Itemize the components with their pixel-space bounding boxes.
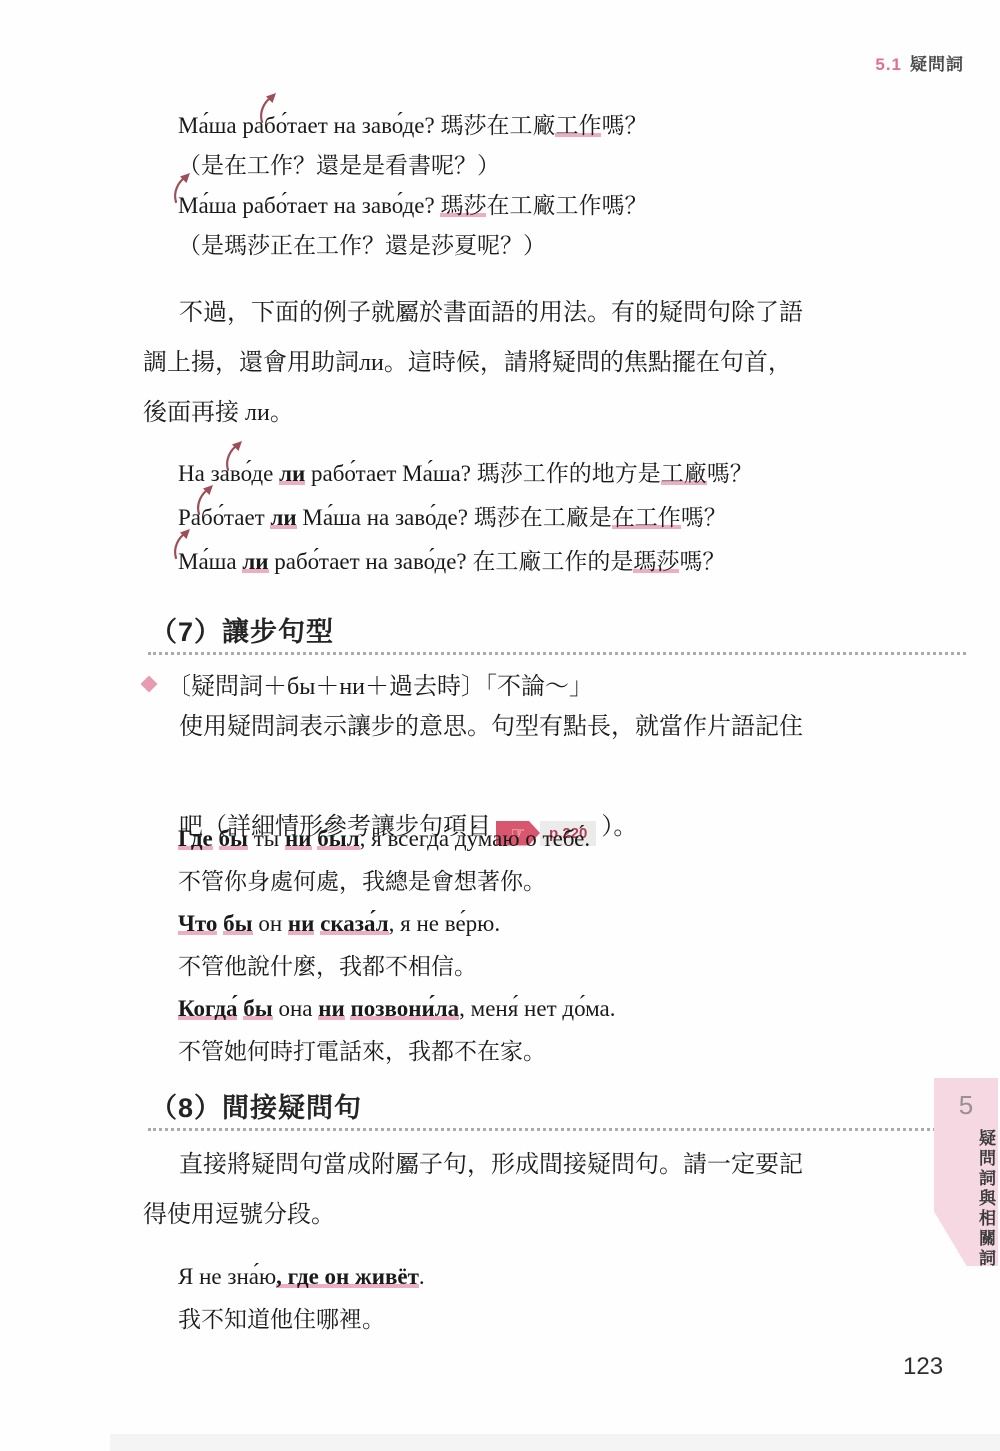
scan-edge-strip <box>110 1434 1000 1451</box>
body-paragraph-indirect: 直接將疑問句當成附屬子句，形成間接疑問句。請一定要記 得使用逗號分段。 <box>143 1140 923 1240</box>
example-line: Что бы он ни сказа́л, я не ве́рю. <box>178 903 616 946</box>
page-number: 123 <box>903 1353 943 1381</box>
text-segment: 瑪莎工作的地方是 <box>477 461 661 486</box>
text-segment: ли <box>279 461 305 486</box>
text-segment: ша рабо́тает на заво́де? <box>209 193 441 218</box>
chapter-section-number: 5.1 <box>875 55 902 74</box>
text-segment: 在工廠工作的是 <box>472 549 633 574</box>
example-line: （是在工作？還是是看書呢？） <box>178 146 647 186</box>
text-segment: 工廠 <box>661 461 707 486</box>
stressed-syllable: во́ <box>230 461 252 486</box>
body-paragraph-li: 不過，下面的例子就屬於書面語的用法。有的疑問句除了語 調上揚，還會用助詞ли。這… <box>143 288 903 438</box>
text-segment: 嗎？ <box>681 505 727 530</box>
text-segment: , я не ве́рю. <box>389 911 500 936</box>
text-segment: 不管他說什麼，我都不相信。 <box>178 954 477 979</box>
text-segment: 瑪莎在工廠是 <box>474 505 612 530</box>
chapter-number: 5 <box>934 1090 998 1121</box>
text-segment: Когда́ <box>178 996 237 1021</box>
li-example-block: На заво́де ли рабо́тает Ма́ша? 瑪莎工作的地方是工… <box>178 452 753 584</box>
example-line: Где бы ты ни был, я всегда́ ду́маю о теб… <box>178 818 616 861</box>
text-segment: 不管她何時打電話來，我都不在家。 <box>178 1039 546 1064</box>
book-page: 5.1疑問詞 Ма́ша рабо́тает на заво́де? 瑪莎在工廠… <box>0 0 1000 1451</box>
example-line: （是瑪莎正在工作？還是莎夏呢？） <box>178 226 647 266</box>
stressed-syllable: Ма́ <box>178 549 209 574</box>
paragraph-line: 使用疑問詞表示讓步的意思。句型有點長，就當作片語記住 <box>143 702 923 752</box>
text-segment: позвони́ла <box>350 996 459 1021</box>
text-segment: 嗎？ <box>601 113 647 138</box>
text-segment: , где он живёт <box>276 1264 419 1289</box>
text-segment: 瑪莎在工廠 <box>440 113 555 138</box>
text-segment: 嗎？ <box>679 549 725 574</box>
section-heading-7: （7）讓步句型 <box>150 610 334 649</box>
paragraph-line: 調上揚，還會用助詞ли。這時候，請將疑問的焦點擺在句首， <box>143 338 903 388</box>
body-paragraph-concession: 使用疑問詞表示讓步的意思。句型有點長，就當作片語記住 吧（詳細情形參考讓步句項目… <box>143 702 923 802</box>
text-segment: . <box>419 1264 425 1289</box>
text-segment: Что <box>178 911 217 936</box>
text-segment: 瑪莎 <box>440 193 486 218</box>
paragraph-line: 直接將疑問句當成附屬子句，形成間接疑問句。請一定要記 <box>143 1140 923 1190</box>
text-segment: она <box>273 996 319 1021</box>
text-segment <box>213 826 219 851</box>
text-segment: рабо́тает на заво́де? <box>269 549 473 574</box>
text-segment: бы <box>243 996 272 1021</box>
example-line: Рабо́тает ли Ма́ша на заво́де? 瑪莎在工廠是在工作… <box>178 496 753 540</box>
example-line: 不管你身處何處，我總是會想著你。 <box>178 861 616 904</box>
chapter-section-title: 疑問詞 <box>910 55 964 74</box>
paragraph-line: 不過，下面的例子就屬於書面語的用法。有的疑問句除了語 <box>143 288 903 338</box>
stressed-syllable: бо́ <box>201 505 224 530</box>
text-segment: де <box>251 461 279 486</box>
concession-example-block: Где бы ты ни был, я всегда́ ду́маю о теб… <box>178 818 616 1073</box>
example-line: 不管他說什麼，我都不相信。 <box>178 946 616 989</box>
text-segment: Ма́ша на заво́де? <box>297 505 474 530</box>
paragraph-line: 吧（詳細情形參考讓步句項目☞p.220）。 <box>143 752 923 802</box>
text-segment: ли <box>270 505 296 530</box>
indirect-example-block: Я не зна́ю, где он живёт.我不知道他住哪裡。 <box>178 1256 425 1341</box>
text-segment: （是在工作？還是是看書呢？） <box>178 153 500 178</box>
paragraph-line: 後面再接 ли。 <box>143 388 903 438</box>
text-segment: , я всегда́ ду́маю о тебе́. <box>360 826 591 851</box>
example-line: Ма́ша ли рабо́тает на заво́де? 在工廠工作的是瑪莎… <box>178 540 753 584</box>
pattern-row: 〔疑問詞＋бы＋ни＋過去時〕「不論～」 <box>143 666 593 701</box>
text-segment: ни <box>318 996 345 1021</box>
dotted-divider <box>148 1128 966 1131</box>
stressed-syllable: бо́ <box>264 113 287 138</box>
grammar-pattern: 〔疑問詞＋бы＋ни＋過去時〕「不論～」 <box>167 666 593 701</box>
text-segment: ли <box>242 549 268 574</box>
running-header: 5.1疑問詞 <box>875 50 964 75</box>
text-segment: Ра <box>178 505 201 530</box>
dotted-divider <box>148 652 966 655</box>
chapter-side-tab: 5 疑問詞與相關詞 <box>934 1078 998 1266</box>
text-segment: 在工廠工作嗎？ <box>486 193 647 218</box>
text-segment: 瑪莎 <box>633 549 679 574</box>
example-line: 不管她何時打電話來，我都不在家。 <box>178 1031 616 1074</box>
text-segment: ни <box>285 826 312 851</box>
text-segment: сказа́л <box>320 911 388 936</box>
text-segment: тает <box>224 505 271 530</box>
text-segment: рабо́тает Ма́ша? <box>305 461 476 486</box>
text-segment: 在工作 <box>612 505 681 530</box>
example-line: Когда́ бы она ни позвони́ла, меня́ нет д… <box>178 988 616 1031</box>
text-segment: ша <box>209 549 243 574</box>
text-segment: ни <box>288 911 315 936</box>
text-segment: На за <box>178 461 230 486</box>
text-segment: 嗎？ <box>707 461 753 486</box>
example-line: На заво́де ли рабо́тает Ма́ша? 瑪莎工作的地方是工… <box>178 452 753 496</box>
chapter-label: 疑問詞與相關詞 <box>934 1129 998 1269</box>
section-heading-8: （8）間接疑問句 <box>150 1086 362 1125</box>
stressed-syllable: Ма́ <box>178 193 209 218</box>
text-segment: тает на заво́де? <box>287 113 441 138</box>
example-line: Ма́ша рабо́тает на заво́де? 瑪莎在工廠工作嗎？ <box>178 106 647 146</box>
text-segment: 工作 <box>555 113 601 138</box>
text-segment: бы <box>223 911 252 936</box>
diamond-bullet-icon <box>141 675 158 692</box>
text-segment: бы <box>219 826 248 851</box>
text-segment: （是瑪莎正在工作？還是莎夏呢？） <box>178 233 546 258</box>
text-segment: , меня́ нет до́ма. <box>459 996 615 1021</box>
example-line: Ма́ша рабо́тает на заво́де? 瑪莎在工廠工作嗎？ <box>178 186 647 226</box>
intonation-example-block: Ма́ша рабо́тает на заво́де? 瑪莎在工廠工作嗎？（是在… <box>178 106 647 266</box>
text-segment: ты <box>248 826 285 851</box>
example-line: 我不知道他住哪裡。 <box>178 1299 425 1342</box>
text-segment: Ма́ша ра <box>178 113 264 138</box>
text-segment: был <box>317 826 359 851</box>
text-segment: 不管你身處何處，我總是會想著你。 <box>178 869 546 894</box>
text-segment: он <box>253 911 288 936</box>
example-line: Я не зна́ю, где он живёт. <box>178 1256 425 1299</box>
text-segment: Я не зна́ю <box>178 1264 276 1289</box>
text-segment: 我不知道他住哪裡。 <box>178 1307 385 1332</box>
text-segment: Где <box>178 826 213 851</box>
paragraph-line: 得使用逗號分段。 <box>143 1190 923 1240</box>
